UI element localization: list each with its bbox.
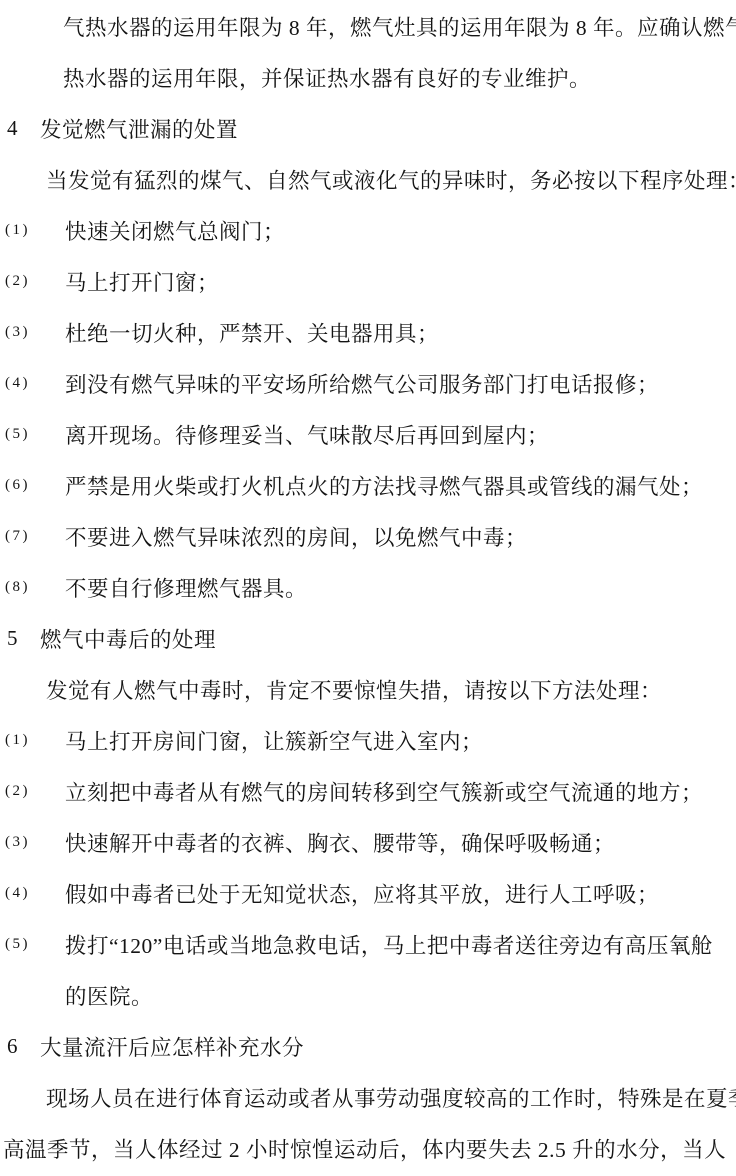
item-text: 快速解开中毒者的衣裤、胸衣、腰带等，确保呼吸畅通； (65, 827, 615, 858)
list-item: (2)马上打开门窗； (0, 256, 736, 307)
list-item: (1)快速关闭燃气总阀门； (0, 205, 736, 256)
document-page: 气热水器的运用年限为 8 年，燃气灶具的运用年限为 8 年。应确认燃气热水器的运… (0, 0, 736, 1176)
list-item: (3)杜绝一切火种，严禁开、关电器用具； (0, 307, 736, 358)
item-text: 不要自行修理燃气器具。 (65, 572, 307, 603)
item-text: 假如中毒者已处于无知觉状态，应将其平放，进行人工呼吸； (65, 878, 659, 909)
line-text: 发觉有人燃气中毒时，肯定不要惊惶失措，请按以下方法处理： (46, 674, 662, 705)
section-title: 发觉燃气泄漏的处置 (40, 113, 238, 144)
item-text: 快速关闭燃气总阀门； (65, 215, 285, 246)
item-marker: (2) (0, 783, 65, 800)
item-marker: (4) (0, 375, 65, 392)
section-number: 5 (0, 626, 40, 651)
item-marker: (7) (0, 528, 65, 545)
item-marker: (8) (0, 579, 65, 596)
line-text: 的医院。 (65, 980, 153, 1011)
section-title: 燃气中毒后的处理 (40, 623, 216, 654)
item-text: 严禁是用火柴或打火机点火的方法找寻燃气器具或管线的漏气处； (65, 470, 703, 501)
item-text: 马上打开门窗； (65, 266, 219, 297)
item-marker: (3) (0, 324, 65, 341)
item-marker: (1) (0, 732, 65, 749)
line-text: 热水器的运用年限，并保证热水器有良好的专业维护。 (63, 62, 591, 93)
item-text: 不要进入燃气异味浓烈的房间，以免燃气中毒； (65, 521, 527, 552)
item-marker: (5) (0, 426, 65, 443)
list-item: (5)拨打“120”电话或当地急救电话，马上把中毒者送往旁边有高压氧舱 (0, 919, 736, 970)
line-text: 现场人员在进行体育运动或者从事劳动强度较高的工作时，特殊是在夏季 (46, 1082, 736, 1113)
item-marker: (5) (0, 936, 65, 953)
text-line: 发觉有人燃气中毒时，肯定不要惊惶失措，请按以下方法处理： (0, 664, 736, 715)
list-item: (5)离开现场。待修理妥当、气味散尽后再回到屋内； (0, 409, 736, 460)
section-number: 6 (0, 1034, 40, 1059)
text-line: 的医院。 (0, 970, 736, 1021)
list-item: (2)立刻把中毒者从有燃气的房间转移到空气簇新或空气流通的地方； (0, 766, 736, 817)
item-text: 立刻把中毒者从有燃气的房间转移到空气簇新或空气流通的地方； (65, 776, 703, 807)
item-marker: (1) (0, 222, 65, 239)
text-line: 现场人员在进行体育运动或者从事劳动强度较高的工作时，特殊是在夏季 (0, 1072, 736, 1123)
line-text: 当发觉有猛烈的煤气、自然气或液化气的异味时，务必按以下程序处理： (46, 164, 736, 195)
text-line: 热水器的运用年限，并保证热水器有良好的专业维护。 (0, 52, 736, 103)
list-item: (6)严禁是用火柴或打火机点火的方法找寻燃气器具或管线的漏气处； (0, 460, 736, 511)
item-marker: (4) (0, 885, 65, 902)
text-line: 高温季节，当人体经过 2 小时惊惶运动后，体内要失去 2.5 升的水分，当人 (0, 1123, 736, 1174)
list-item: (3)快速解开中毒者的衣裤、胸衣、腰带等，确保呼吸畅通； (0, 817, 736, 868)
line-text: 气热水器的运用年限为 8 年，燃气灶具的运用年限为 8 年。应确认燃气 (63, 11, 736, 42)
item-text: 到没有燃气异味的平安场所给燃气公司服务部门打电话报修； (65, 368, 659, 399)
list-item: (1)马上打开房间门窗，让簇新空气进入室内； (0, 715, 736, 766)
text-line: 气热水器的运用年限为 8 年，燃气灶具的运用年限为 8 年。应确认燃气 (0, 1, 736, 52)
item-text: 杜绝一切火种，严禁开、关电器用具； (65, 317, 439, 348)
item-text: 马上打开房间门窗，让簇新空气进入室内； (65, 725, 483, 756)
list-item: (4)到没有燃气异味的平安场所给燃气公司服务部门打电话报修； (0, 358, 736, 409)
list-item: (8)不要自行修理燃气器具。 (0, 562, 736, 613)
document-content: 气热水器的运用年限为 8 年，燃气灶具的运用年限为 8 年。应确认燃气热水器的运… (0, 0, 736, 1174)
item-marker: (6) (0, 477, 65, 494)
item-text: 拨打“120”电话或当地急救电话，马上把中毒者送往旁边有高压氧舱 (65, 929, 713, 960)
item-text: 离开现场。待修理妥当、气味散尽后再回到屋内； (65, 419, 549, 450)
item-marker: (2) (0, 273, 65, 290)
section-title: 大量流汗后应怎样补充水分 (40, 1031, 304, 1062)
section-heading: 4发觉燃气泄漏的处置 (0, 103, 736, 154)
text-line: 当发觉有猛烈的煤气、自然气或液化气的异味时，务必按以下程序处理： (0, 154, 736, 205)
list-item: (7)不要进入燃气异味浓烈的房间，以免燃气中毒； (0, 511, 736, 562)
list-item: (4)假如中毒者已处于无知觉状态，应将其平放，进行人工呼吸； (0, 868, 736, 919)
item-marker: (3) (0, 834, 65, 851)
section-heading: 5燃气中毒后的处理 (0, 613, 736, 664)
section-heading: 6大量流汗后应怎样补充水分 (0, 1021, 736, 1072)
section-number: 4 (0, 116, 40, 141)
line-text: 高温季节，当人体经过 2 小时惊惶运动后，体内要失去 2.5 升的水分，当人 (3, 1133, 726, 1164)
